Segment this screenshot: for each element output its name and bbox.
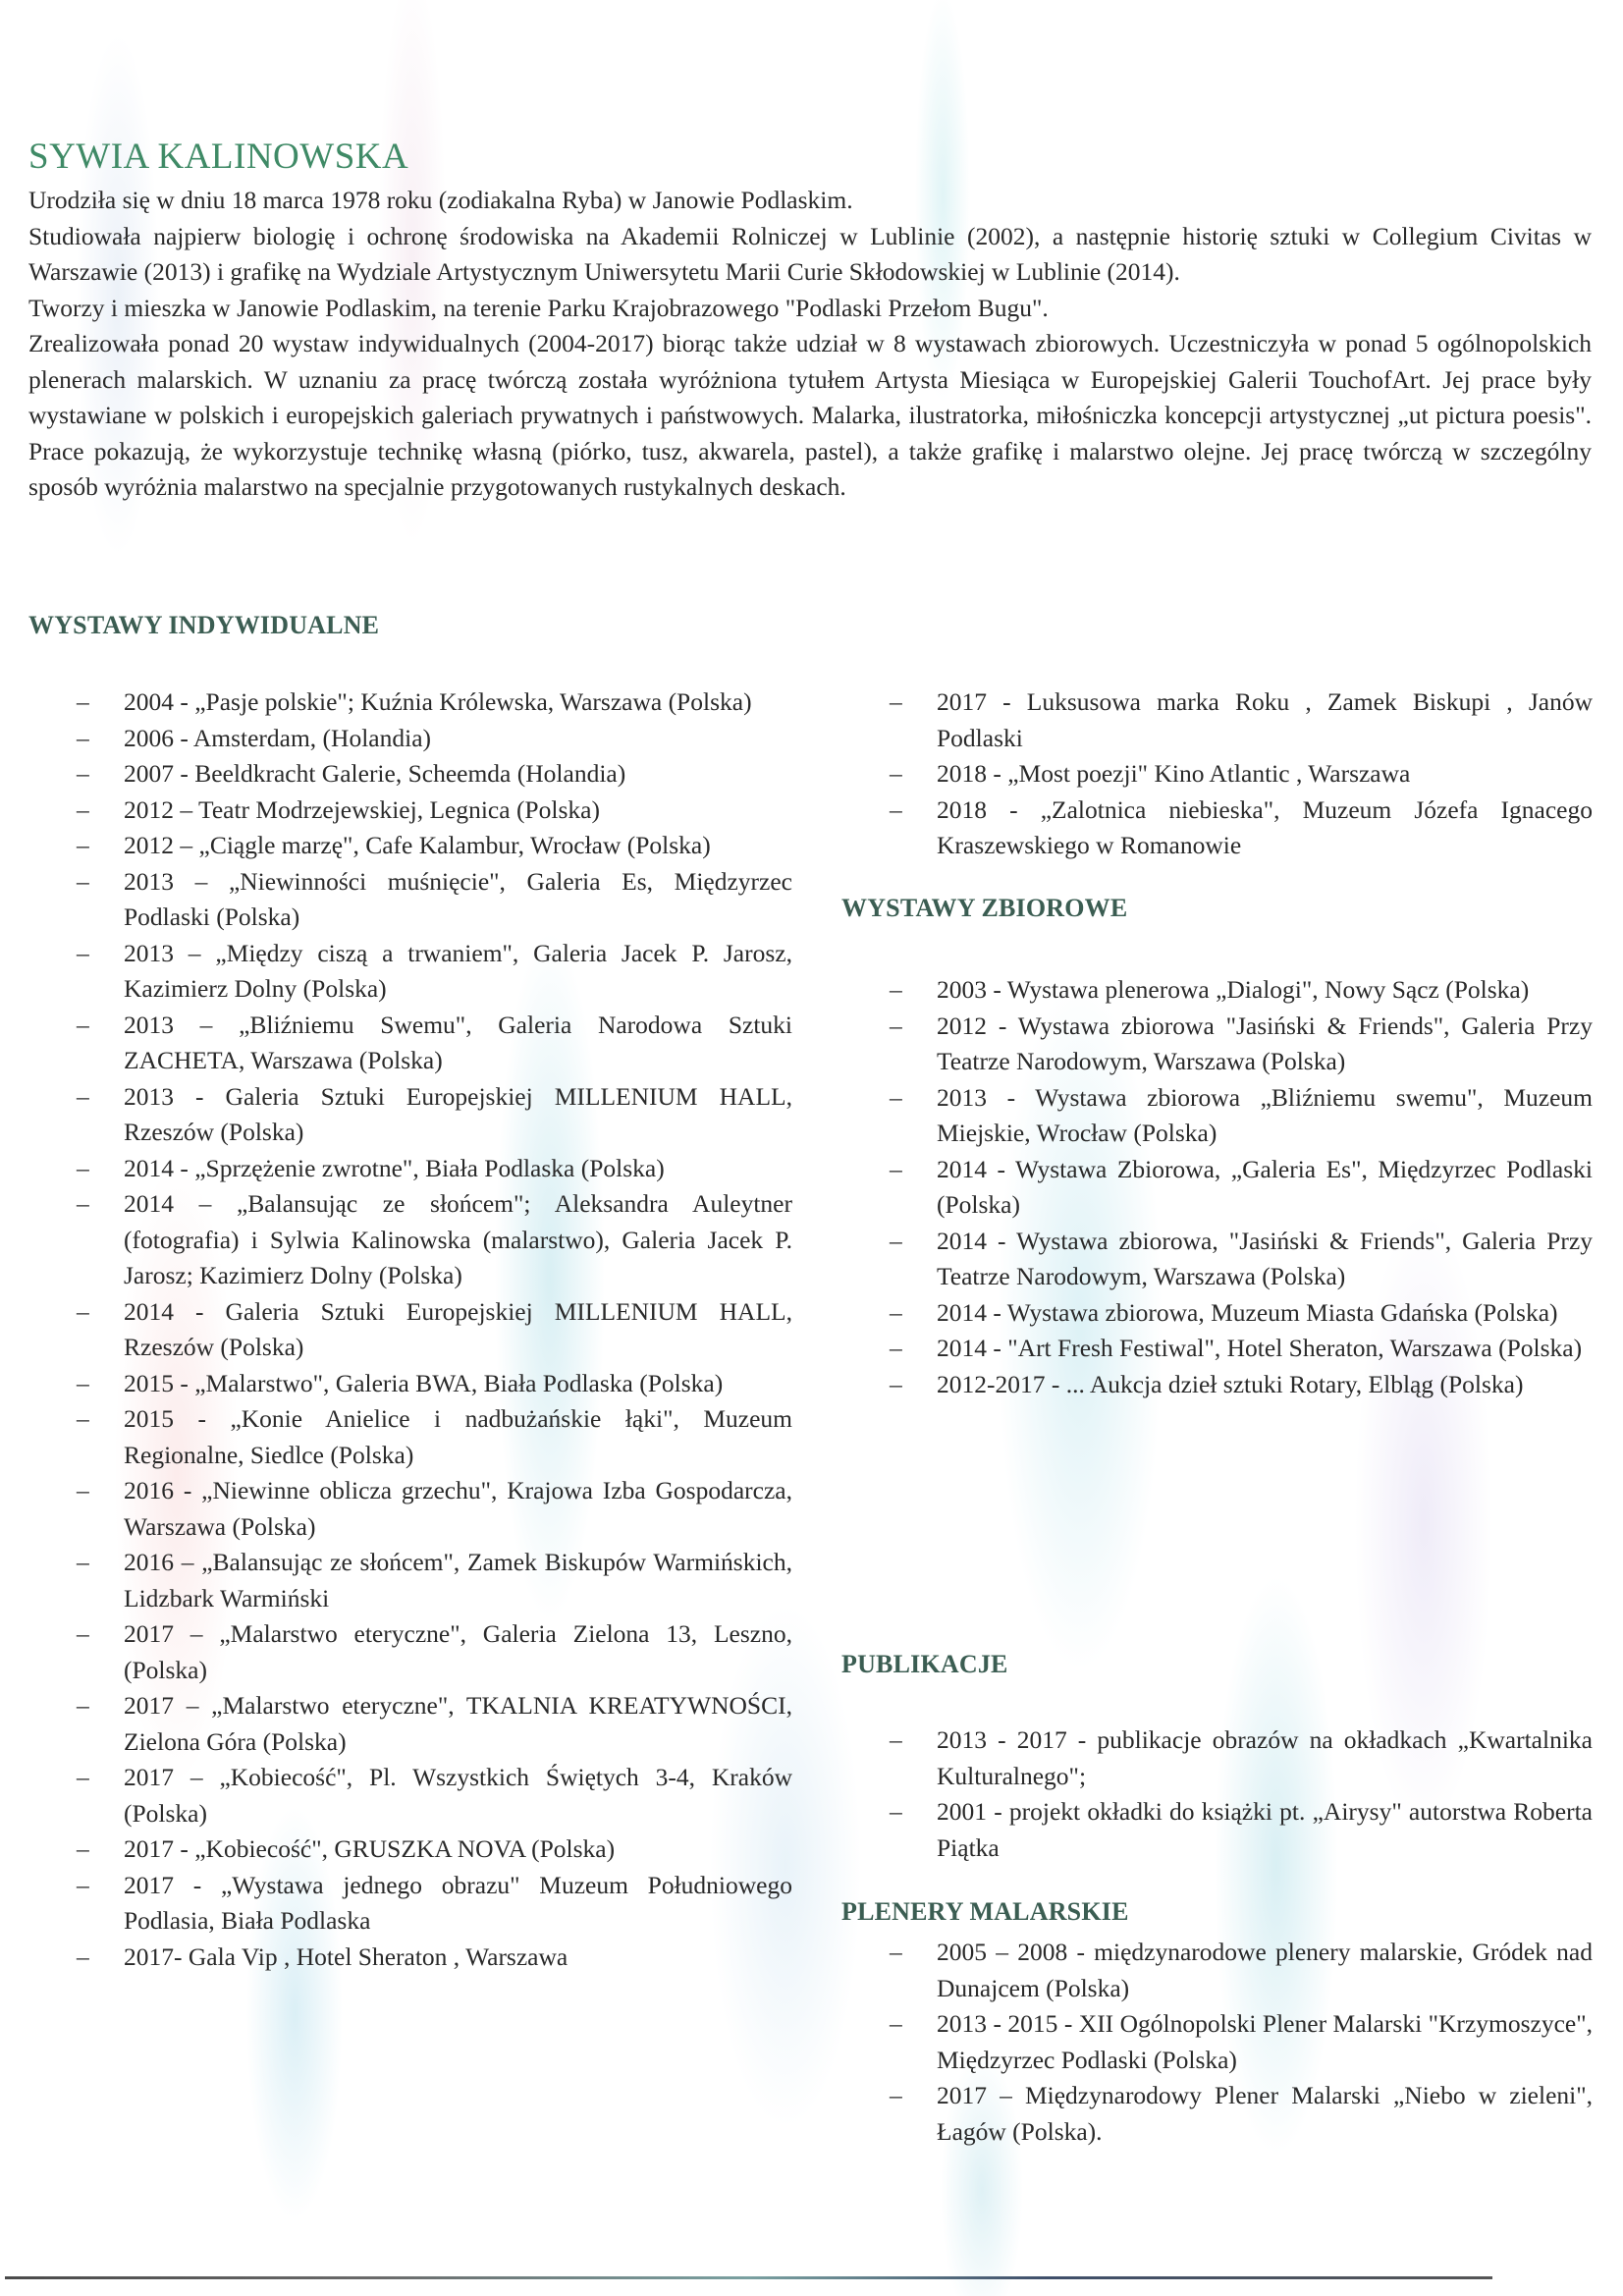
- dash-bullet-icon: –: [890, 1722, 902, 1759]
- list-item-text: 2015 - „Malarstwo", Galeria BWA, Biała P…: [124, 1369, 723, 1397]
- list-item-text: 2014 - Wystawa zbiorowa, Muzeum Miasta G…: [937, 1298, 1558, 1327]
- list-item-text: 2005 – 2008 - międzynarodowe plenery mal…: [937, 1938, 1593, 2002]
- dash-bullet-icon: –: [77, 1940, 89, 1976]
- dash-bullet-icon: –: [77, 1294, 89, 1331]
- dash-bullet-icon: –: [890, 756, 902, 793]
- bio-paragraph: Urodziła się w dniu 18 marca 1978 roku (…: [28, 183, 1592, 219]
- list-item-text: 2017 - Luksusowa marka Roku , Zamek Bisk…: [937, 687, 1593, 752]
- list-item-text: 2017- Gala Vip , Hotel Sheraton , Warsza…: [124, 1942, 568, 1971]
- publications-list: –2013 - 2017 - publikacje obrazów na okł…: [841, 1722, 1593, 1866]
- list-item: –2007 - Beeldkracht Galerie, Scheemda (H…: [28, 756, 792, 793]
- dash-bullet-icon: –: [77, 1868, 89, 1904]
- list-item-text: 2014 – „Balansując ze słońcem"; Aleksand…: [124, 1189, 792, 1289]
- dash-bullet-icon: –: [890, 1367, 902, 1403]
- list-item: –2013 – „Między ciszą a trwaniem", Galer…: [28, 936, 792, 1008]
- list-item: –2014 - Galeria Sztuki Europejskiej MILL…: [28, 1294, 792, 1366]
- biography-intro: Urodziła się w dniu 18 marca 1978 roku (…: [28, 183, 1592, 506]
- bio-paragraph: Tworzy i mieszka w Janowie Podlaskim, na…: [28, 291, 1592, 327]
- dash-bullet-icon: –: [890, 1224, 902, 1260]
- list-item-text: 2016 – „Balansując ze słońcem", Zamek Bi…: [124, 1548, 792, 1613]
- list-item-text: 2007 - Beeldkracht Galerie, Scheemda (Ho…: [124, 759, 625, 788]
- list-item-text: 2017 – Międzynarodowy Plener Malarski „N…: [937, 2081, 1593, 2146]
- individual-exhibitions-list-continued: –2017 - Luksusowa marka Roku , Zamek Bis…: [841, 684, 1593, 864]
- dash-bullet-icon: –: [77, 864, 89, 901]
- list-item: –2012 – Teatr Modrzejewskiej, Legnica (P…: [28, 793, 792, 829]
- dash-bullet-icon: –: [77, 1688, 89, 1724]
- dash-bullet-icon: –: [77, 1760, 89, 1796]
- list-item: –2014 - „Sprzężenie zwrotne", Biała Podl…: [28, 1151, 792, 1187]
- dash-bullet-icon: –: [77, 1616, 89, 1653]
- dash-bullet-icon: –: [77, 828, 89, 864]
- list-item: –2016 – „Balansując ze słońcem", Zamek B…: [28, 1545, 792, 1616]
- heading-publications: PUBLIKACJE: [841, 1650, 1008, 1679]
- list-item-text: 2003 - Wystawa plenerowa „Dialogi", Nowy…: [937, 975, 1529, 1004]
- list-item: –2013 – „Bliźniemu Swemu", Galeria Narod…: [28, 1008, 792, 1079]
- individual-exhibitions-list: –2004 - „Pasje polskie"; Kuźnia Królewsk…: [28, 684, 792, 1975]
- list-item-text: 2016 - „Niewinne oblicza grzechu", Krajo…: [124, 1476, 792, 1541]
- plein-air-list: –2005 – 2008 - międzynarodowe plenery ma…: [841, 1935, 1593, 2150]
- list-item: –2018 - „Zalotnica niebieska", Muzeum Jó…: [841, 793, 1593, 864]
- list-item-text: 2014 - „Sprzężenie zwrotne", Biała Podla…: [124, 1154, 665, 1182]
- list-item: –2017 - „Wystawa jednego obrazu" Muzeum …: [28, 1868, 792, 1940]
- dash-bullet-icon: –: [890, 1935, 902, 1971]
- list-item: –2013 - Wystawa zbiorowa „Bliźniemu swem…: [841, 1080, 1593, 1152]
- list-item: –2003 - Wystawa plenerowa „Dialogi", Now…: [841, 972, 1593, 1009]
- list-item-text: 2001 - projekt okładki do książki pt. „A…: [937, 1797, 1593, 1862]
- dash-bullet-icon: –: [890, 1152, 902, 1188]
- dash-bullet-icon: –: [77, 1079, 89, 1116]
- list-item-text: 2017 – „Malarstwo eteryczne", TKALNIA KR…: [124, 1691, 792, 1756]
- bio-paragraph: Zrealizowała ponad 20 wystaw indywidualn…: [28, 326, 1592, 506]
- list-item-text: 2006 - Amsterdam, (Holandia): [124, 724, 431, 752]
- list-item: –2015 - „Konie Anielice i nadbużańskie ł…: [28, 1401, 792, 1473]
- list-item-text: 2012 - Wystawa zbiorowa "Jasiński & Frie…: [937, 1011, 1593, 1076]
- dash-bullet-icon: –: [890, 1009, 902, 1045]
- list-item-text: 2013 – „Niewinności muśnięcie", Galeria …: [124, 867, 792, 932]
- list-item: –2014 - Wystawa zbiorowa, Muzeum Miasta …: [841, 1295, 1593, 1332]
- list-item-text: 2013 - Galeria Sztuki Europejskiej MILLE…: [124, 1082, 792, 1147]
- list-item-text: 2013 - 2017 - publikacje obrazów na okła…: [937, 1725, 1593, 1790]
- list-item: –2004 - „Pasje polskie"; Kuźnia Królewsk…: [28, 684, 792, 721]
- dash-bullet-icon: –: [890, 1331, 902, 1367]
- dash-bullet-icon: –: [77, 1366, 89, 1402]
- list-item: –2013 – „Niewinności muśnięcie", Galeria…: [28, 864, 792, 936]
- list-item-text: 2004 - „Pasje polskie"; Kuźnia Królewska…: [124, 687, 752, 716]
- dash-bullet-icon: –: [77, 1545, 89, 1581]
- dash-bullet-icon: –: [77, 1401, 89, 1438]
- list-item-text: 2012 – „Ciągle marzę", Cafe Kalambur, Wr…: [124, 831, 711, 859]
- list-item-text: 2012-2017 - ... Aukcja dzieł sztuki Rota…: [937, 1370, 1523, 1398]
- list-item: –2017 – Międzynarodowy Plener Malarski „…: [841, 2078, 1593, 2150]
- list-item: –2016 - „Niewinne oblicza grzechu", Kraj…: [28, 1473, 792, 1545]
- dash-bullet-icon: –: [890, 1080, 902, 1117]
- list-item-text: 2014 - Galeria Sztuki Europejskiej MILLE…: [124, 1297, 792, 1362]
- heading-individual-exhibitions: WYSTAWY INDYWIDUALNE: [28, 611, 379, 640]
- dash-bullet-icon: –: [77, 1186, 89, 1223]
- list-item: –2017 – „Malarstwo eteryczne", TKALNIA K…: [28, 1688, 792, 1760]
- dash-bullet-icon: –: [890, 684, 902, 721]
- dash-bullet-icon: –: [890, 2006, 902, 2043]
- list-item: –2006 - Amsterdam, (Holandia): [28, 721, 792, 757]
- footer-divider: [5, 2276, 1492, 2279]
- list-item-text: 2017 - „Wystawa jednego obrazu" Muzeum P…: [124, 1871, 792, 1936]
- dash-bullet-icon: –: [77, 1008, 89, 1044]
- heading-plein-air: PLENERY MALARSKIE: [841, 1897, 1129, 1927]
- list-item: –2001 - projekt okładki do książki pt. „…: [841, 1794, 1593, 1866]
- list-item-text: 2013 - Wystawa zbiorowa „Bliźniemu swemu…: [937, 1083, 1593, 1148]
- dash-bullet-icon: –: [890, 2078, 902, 2114]
- dash-bullet-icon: –: [77, 721, 89, 757]
- dash-bullet-icon: –: [77, 793, 89, 829]
- list-item: –2013 - 2017 - publikacje obrazów na okł…: [841, 1722, 1593, 1794]
- dash-bullet-icon: –: [77, 1831, 89, 1868]
- list-item: –2014 – „Balansując ze słońcem"; Aleksan…: [28, 1186, 792, 1294]
- dash-bullet-icon: –: [77, 1151, 89, 1187]
- dash-bullet-icon: –: [890, 793, 902, 829]
- list-item: –2014 - "Art Fresh Festiwal", Hotel Sher…: [841, 1331, 1593, 1367]
- list-item: –2013 - Galeria Sztuki Europejskiej MILL…: [28, 1079, 792, 1151]
- list-item: –2017- Gala Vip , Hotel Sheraton , Warsz…: [28, 1940, 792, 1976]
- list-item: –2017 – „Malarstwo eteryczne", Galeria Z…: [28, 1616, 792, 1688]
- group-exhibitions-list: –2003 - Wystawa plenerowa „Dialogi", Now…: [841, 972, 1593, 1402]
- list-item-text: 2013 – „Między ciszą a trwaniem", Galeri…: [124, 939, 792, 1004]
- list-item-text: 2017 – „Malarstwo eteryczne", Galeria Zi…: [124, 1619, 792, 1684]
- list-item: –2018 - „Most poezji" Kino Atlantic , Wa…: [841, 756, 1593, 793]
- dash-bullet-icon: –: [77, 936, 89, 972]
- list-item-text: 2013 - 2015 - XII Ogólnopolski Plener Ma…: [937, 2009, 1593, 2074]
- list-item: –2012 - Wystawa zbiorowa "Jasiński & Fri…: [841, 1009, 1593, 1080]
- dash-bullet-icon: –: [890, 1794, 902, 1831]
- list-item-text: 2018 - „Most poezji" Kino Atlantic , War…: [937, 759, 1410, 788]
- artist-name-title: SYWIA KALINOWSKA: [28, 136, 408, 178]
- list-item-text: 2017 – „Kobiecość", Pl. Wszystkich Święt…: [124, 1763, 792, 1828]
- heading-group-exhibitions: WYSTAWY ZBIOROWE: [841, 894, 1127, 923]
- list-item-text: 2014 - Wystawa Zbiorowa, „Galeria Es", M…: [937, 1155, 1593, 1220]
- list-item-text: 2014 - "Art Fresh Festiwal", Hotel Shera…: [937, 1334, 1582, 1362]
- dash-bullet-icon: –: [77, 1473, 89, 1509]
- dash-bullet-icon: –: [890, 972, 902, 1009]
- list-item: –2005 – 2008 - międzynarodowe plenery ma…: [841, 1935, 1593, 2006]
- dash-bullet-icon: –: [890, 1295, 902, 1332]
- dash-bullet-icon: –: [77, 756, 89, 793]
- list-item-text: 2012 – Teatr Modrzejewskiej, Legnica (Po…: [124, 795, 600, 824]
- list-item: –2015 - „Malarstwo", Galeria BWA, Biała …: [28, 1366, 792, 1402]
- list-item: –2013 - 2015 - XII Ogólnopolski Plener M…: [841, 2006, 1593, 2078]
- bio-paragraph: Studiowała najpierw biologię i ochronę ś…: [28, 219, 1592, 291]
- list-item-text: 2013 – „Bliźniemu Swemu", Galeria Narodo…: [124, 1011, 792, 1075]
- list-item: –2014 - Wystawa zbiorowa, "Jasiński & Fr…: [841, 1224, 1593, 1295]
- list-item: –2014 - Wystawa Zbiorowa, „Galeria Es", …: [841, 1152, 1593, 1224]
- list-item: –2017 – „Kobiecość", Pl. Wszystkich Świę…: [28, 1760, 792, 1831]
- dash-bullet-icon: –: [77, 684, 89, 721]
- list-item-text: 2015 - „Konie Anielice i nadbużańskie łą…: [124, 1404, 792, 1469]
- list-item-text: 2018 - „Zalotnica niebieska", Muzeum Józ…: [937, 795, 1593, 860]
- list-item: –2012 – „Ciągle marzę", Cafe Kalambur, W…: [28, 828, 792, 864]
- list-item: –2017 - „Kobiecość", GRUSZKA NOVA (Polsk…: [28, 1831, 792, 1868]
- list-item: –2017 - Luksusowa marka Roku , Zamek Bis…: [841, 684, 1593, 756]
- list-item-text: 2017 - „Kobiecość", GRUSZKA NOVA (Polska…: [124, 1834, 615, 1863]
- list-item-text: 2014 - Wystawa zbiorowa, "Jasiński & Fri…: [937, 1227, 1593, 1291]
- list-item: –2012-2017 - ... Aukcja dzieł sztuki Rot…: [841, 1367, 1593, 1403]
